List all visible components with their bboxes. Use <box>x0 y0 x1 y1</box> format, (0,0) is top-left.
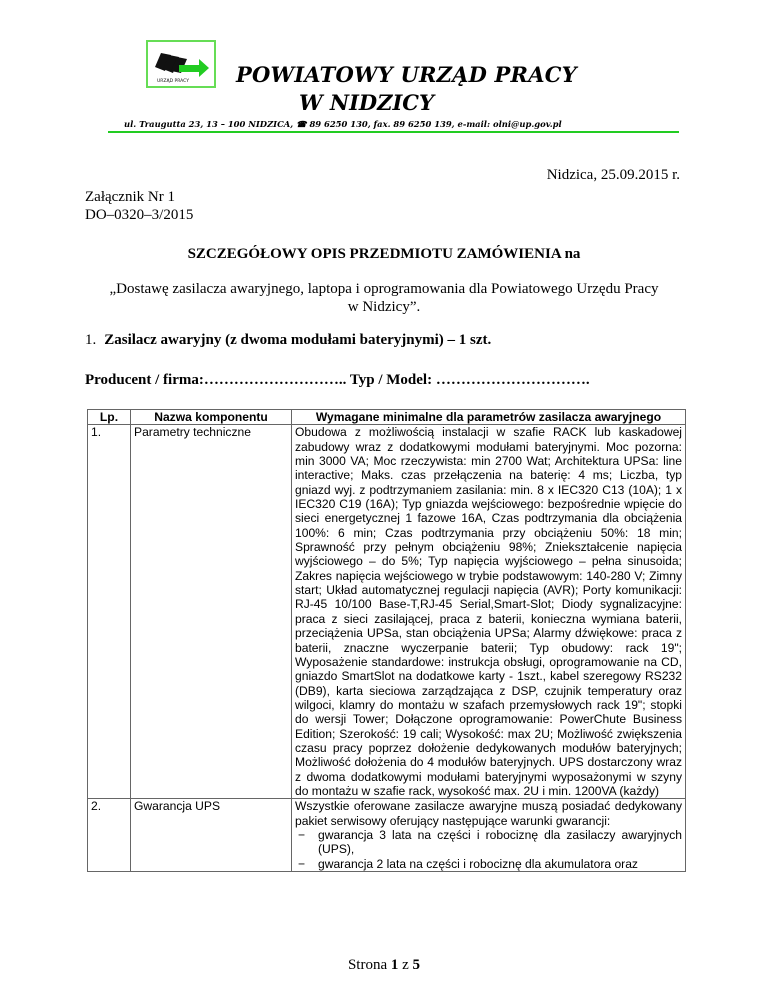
subject-line-1: „Dostawę zasilacza awaryjnego, laptopa i… <box>0 281 768 298</box>
place-date: Nidzica, 25.09.2015 r. <box>547 167 680 184</box>
header-divider <box>108 131 679 133</box>
organization-city: W NIDZICY <box>299 90 434 115</box>
table-header-row: Lp. Nazwa komponentu Wymagane minimalne … <box>88 410 686 425</box>
page-number: Strona 1 z 5 <box>0 957 768 974</box>
reference-number: DO–0320–3/2015 <box>85 207 193 224</box>
annex-label: Załącznik Nr 1 <box>85 189 175 206</box>
document-title: SZCZEGÓŁOWY OPIS PRZEDMIOTU ZAMÓWIENIA n… <box>0 246 768 263</box>
specification-table: Lp. Nazwa komponentu Wymagane minimalne … <box>87 409 686 872</box>
producer-model-line: Producent / firma:……………………….. Typ / Mode… <box>85 372 590 389</box>
section-heading: 1.Zasilacz awaryjny (z dwoma modułami ba… <box>85 332 491 349</box>
requirements-paragraph: Obudowa z możliwością instalacji w szafi… <box>295 425 682 798</box>
table-row: 1. Parametry techniczne Obudowa z możliw… <box>88 425 686 799</box>
header-component-name: Nazwa komponentu <box>131 410 292 425</box>
row-number: 2. <box>88 799 131 872</box>
section-title: Zasilacz awaryjny (z dwoma modułami bate… <box>104 332 491 348</box>
page-label: Strona <box>348 957 391 973</box>
header-lp: Lp. <box>88 410 131 425</box>
component-name: Parametry techniczne <box>131 425 292 799</box>
logo-icon: URZĄD PRACY <box>151 45 213 85</box>
warranty-item: gwarancja 2 lata na części i robociznę d… <box>295 857 682 871</box>
requirements-text: Obudowa z możliwością instalacji w szafi… <box>292 425 686 799</box>
table-row: 2. Gwarancja UPS Wszystkie oferowane zas… <box>88 799 686 872</box>
requirements-text: Wszystkie oferowane zasilacze awaryjne m… <box>292 799 686 872</box>
organization-address: ul. Traugutta 23, 13 – 100 NIDZICA, ☎ 89… <box>124 119 562 129</box>
row-number: 1. <box>88 425 131 799</box>
page-separator: z <box>398 957 412 973</box>
logo: URZĄD PRACY <box>146 40 216 88</box>
component-name: Gwarancja UPS <box>131 799 292 872</box>
section-number: 1. <box>85 332 96 348</box>
subject-line-2: w Nidzicy”. <box>0 299 768 316</box>
svg-text:URZĄD PRACY: URZĄD PRACY <box>157 78 189 84</box>
warranty-item: gwarancja 3 lata na części i robociznę d… <box>295 828 682 857</box>
organization-name: POWIATOWY URZĄD PRACY <box>236 62 577 87</box>
warranty-list: gwarancja 3 lata na części i robociznę d… <box>295 828 682 871</box>
page-total: 5 <box>413 957 421 973</box>
requirements-paragraph: Wszystkie oferowane zasilacze awaryjne m… <box>295 799 682 828</box>
header-requirements: Wymagane minimalne dla parametrów zasila… <box>292 410 686 425</box>
